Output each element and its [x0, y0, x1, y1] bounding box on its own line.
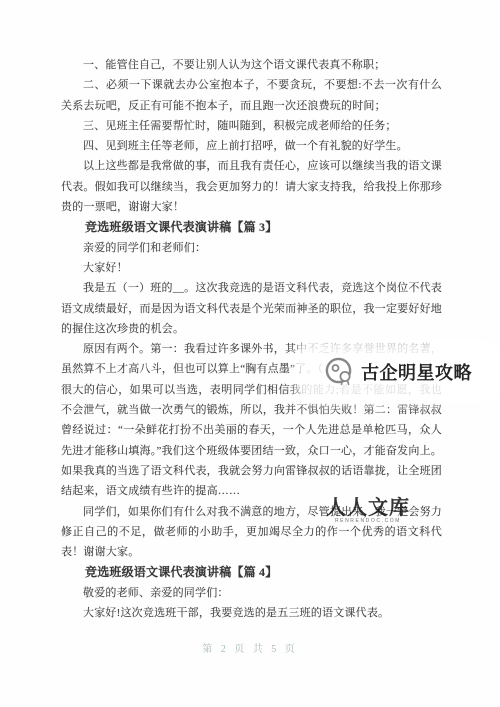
- paragraph: 大家好!这次竞选班干部，我要竞选的是五三班的语文课代表。: [61, 603, 442, 623]
- brand-watermark-label: 古企明星攻略: [361, 359, 472, 385]
- medal-seal-icon: [325, 357, 355, 387]
- paragraph: 以上这些都是我常做的事，而且我有责任心，应该可以继续当我的语文课代表。假如我可以…: [61, 156, 442, 217]
- paragraph: 大家好！: [61, 258, 442, 278]
- library-watermark-site: RENRENDOC.COM: [326, 519, 410, 524]
- library-watermark-label: 人人文库: [326, 498, 410, 518]
- paragraph: 四、见到班主任等老师，应上前打招呼，做一个有礼貌的好学生。: [61, 136, 442, 156]
- brand-watermark: 古企明星攻略: [299, 343, 499, 400]
- section-heading: 竞选班级语文课代表演讲稿【篇 4】: [61, 562, 442, 582]
- library-watermark: 人人文库 RENRENDOC.COM: [326, 498, 410, 524]
- paragraph: 三、见班主任需要帮忙时，随叫随到，积极完成老师给的任务；: [61, 116, 442, 136]
- document-page: 一、能管住自己，不要让别人认为这个语文课代表真不称职；二、必须一下课就去办公室抱…: [0, 0, 500, 707]
- paragraph: 亲爱的同学们和老师们：: [61, 238, 442, 258]
- page-footer: 第 2 页 共 5 页: [0, 639, 500, 657]
- section-heading: 竞选班级语文课代表演讲稿【篇 3】: [61, 217, 442, 237]
- paragraph: 我是五（一）班的__。这次我竞选的是语文科代表，竞选这个岗位不代表语文成绩最好，…: [61, 278, 442, 339]
- page-indicator: 第 2 页 共 5 页: [202, 644, 298, 655]
- paragraph: 敬爱的老师、亲爱的同学们：: [61, 583, 442, 603]
- paragraph: 一、能管住自己，不要让别人认为这个语文课代表真不称职；: [61, 55, 442, 75]
- paragraph: 二、必须一下课就去办公室抱本子，不要贪玩，不要想:不去一次有什么关系去玩吧，反正…: [61, 75, 442, 116]
